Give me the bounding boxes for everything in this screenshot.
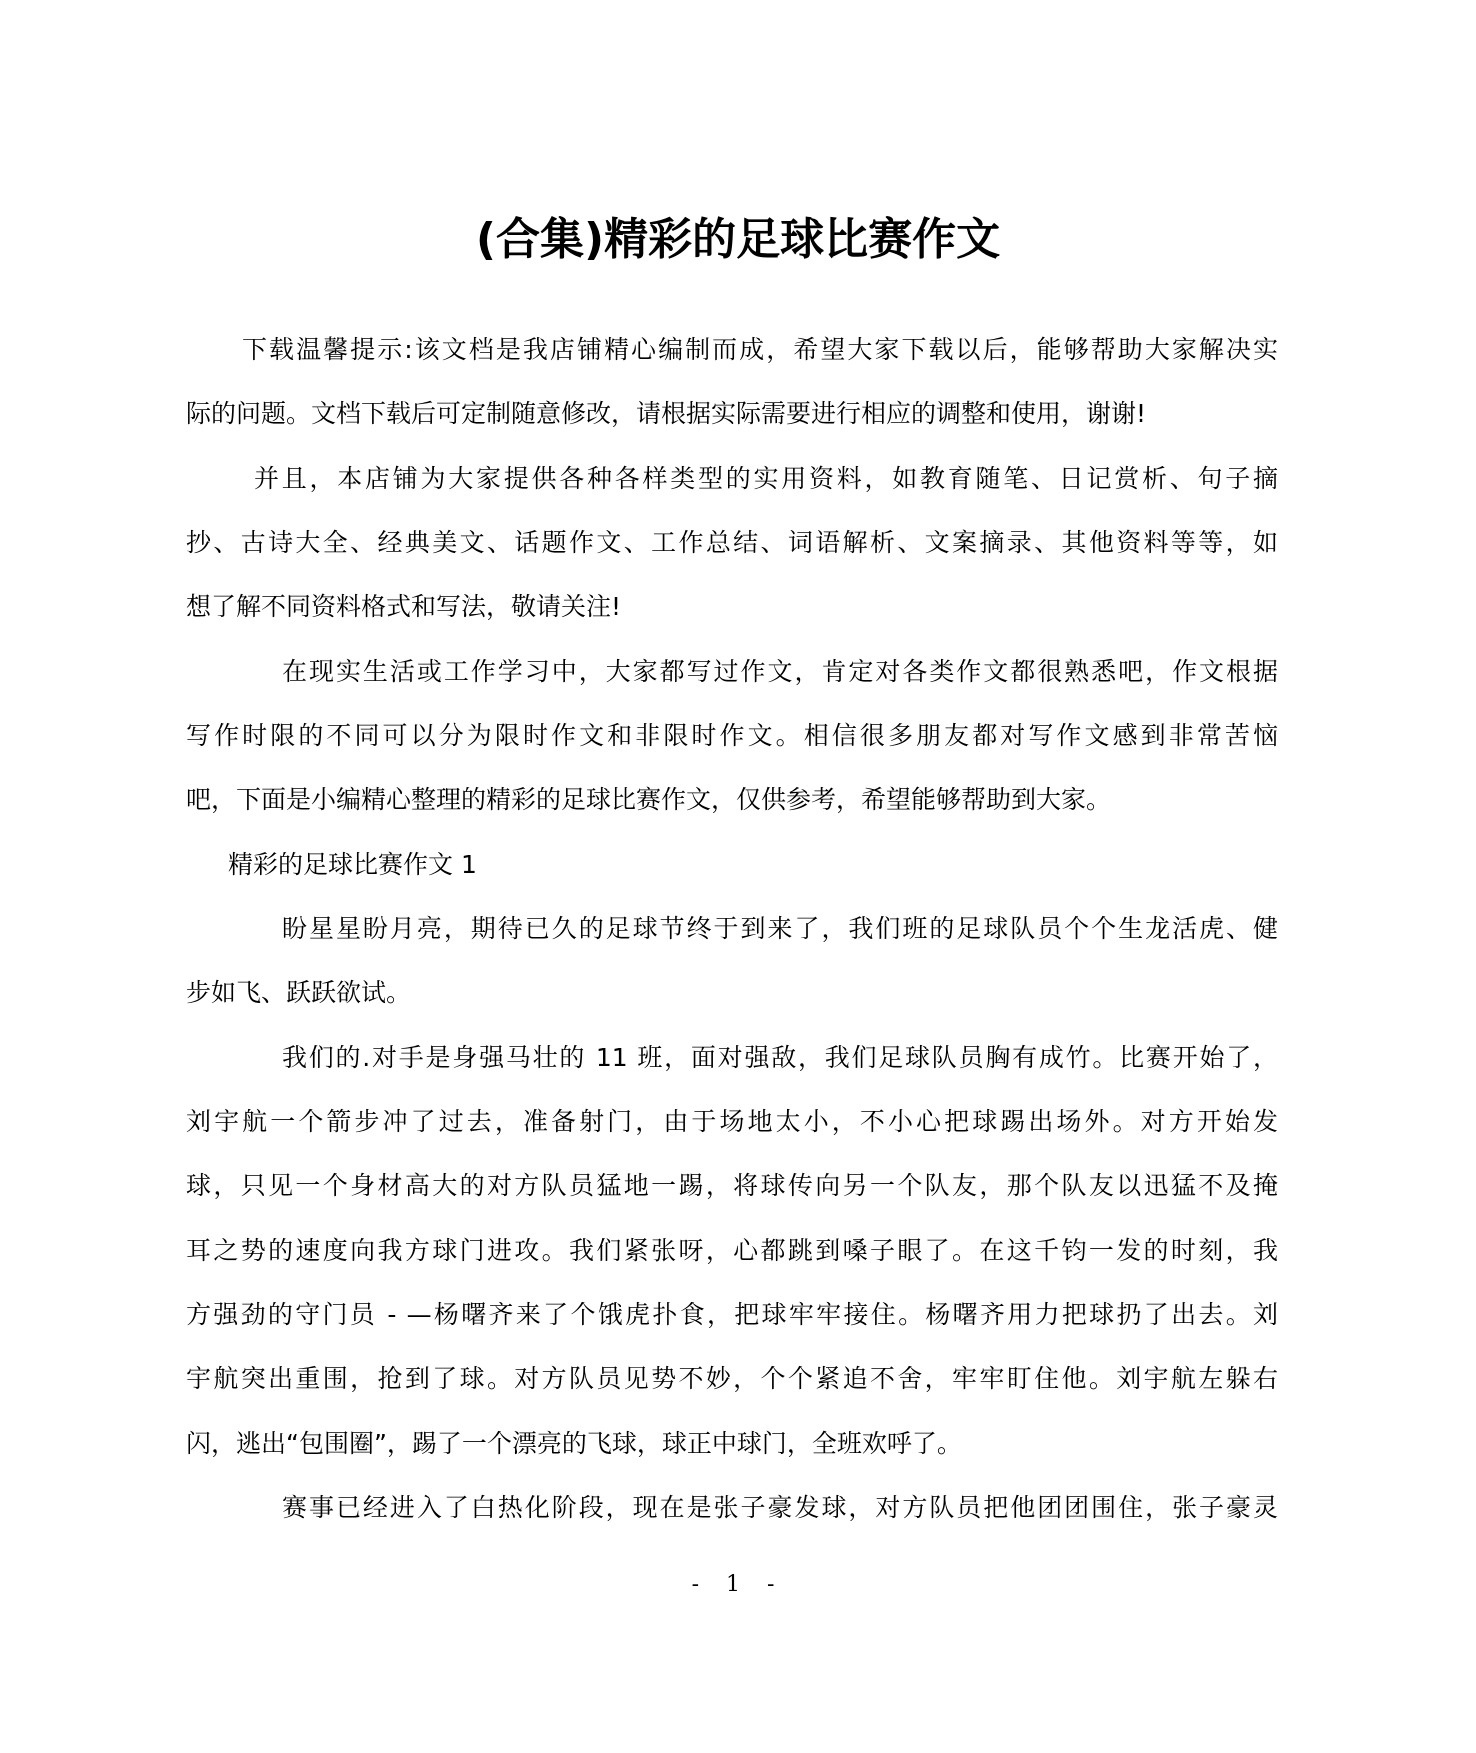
text-line: 际的问题。文档下载后可定制随意修改，请根据实际需要进行相应的调整和使用，谢谢! xyxy=(186,397,1146,431)
text-line: 写作时限的不同可以分为限时作文和非限时作文。相信很多朋友都对写作文感到非常苦恼 xyxy=(186,719,1278,753)
text-line: 吧，下面是小编精心整理的精彩的足球比赛作文，仅供参考，希望能够帮助到大家。 xyxy=(186,783,1111,817)
text-line: 宇航突出重围，抢到了球。对方队员见势不妙，个个紧追不舍，牢牢盯住他。刘宇航左躲右 xyxy=(186,1362,1278,1396)
document-page: (合集)精彩的足球比赛作文 下载温馨提示:该文档是我店铺精心编制而成，希望大家下… xyxy=(0,0,1476,1753)
text-line: 在现实生活或工作学习中，大家都写过作文，肯定对各类作文都很熟悉吧，作文根据 xyxy=(282,655,1278,689)
text-line: 想了解不同资料格式和写法，敬请关注! xyxy=(186,590,621,624)
text-line: 盼星星盼月亮，期待已久的足球节终于到来了，我们班的足球队员个个生龙活虎、健 xyxy=(282,912,1278,946)
text-line: 赛事已经进入了白热化阶段，现在是张子豪发球，对方队员把他团团围住，张子豪灵 xyxy=(282,1491,1278,1525)
text-line: 球，只见一个身材高大的对方队员猛地一踢，将球传向另一个队友，那个队友以迅猛不及掩 xyxy=(186,1169,1278,1203)
page-number: - 1 - xyxy=(0,1570,1476,1600)
text-line: 精彩的足球比赛作文 1 xyxy=(228,848,477,882)
text-line: 方强劲的守门员 - —杨曙齐来了个饿虎扑食，把球牢牢接住。杨曙齐用力把球扔了出去… xyxy=(186,1298,1278,1332)
text-line: 刘宇航一个箭步冲了过去，准备射门，由于场地太小，不小心把球踢出场外。对方开始发 xyxy=(186,1105,1278,1139)
text-line: 抄、古诗大全、经典美文、话题作文、工作总结、词语解析、文案摘录、其他资料等等，如 xyxy=(186,526,1278,560)
text-line: 下载温馨提示:该文档是我店铺精心编制而成，希望大家下载以后，能够帮助大家解决实 xyxy=(242,333,1278,367)
text-line: 闪，逃出“包围圈”，踢了一个漂亮的飞球，球正中球门，全班欢呼了。 xyxy=(186,1427,962,1461)
text-line: 耳之势的速度向我方球门进攻。我们紧张呀，心都跳到嗓子眼了。在这千钧一发的时刻，我 xyxy=(186,1234,1278,1268)
document-title: (合集)精彩的足球比赛作文 xyxy=(0,210,1476,270)
text-line: 我们的.对手是身强马壮的 11 班，面对强敌，我们足球队员胸有成竹。比赛开始了， xyxy=(282,1041,1278,1075)
text-line: 步如飞、跃跃欲试。 xyxy=(186,976,411,1010)
text-line: 并且，本店铺为大家提供各种各样类型的实用资料，如教育随笔、日记赏析、句子摘 xyxy=(254,462,1278,496)
